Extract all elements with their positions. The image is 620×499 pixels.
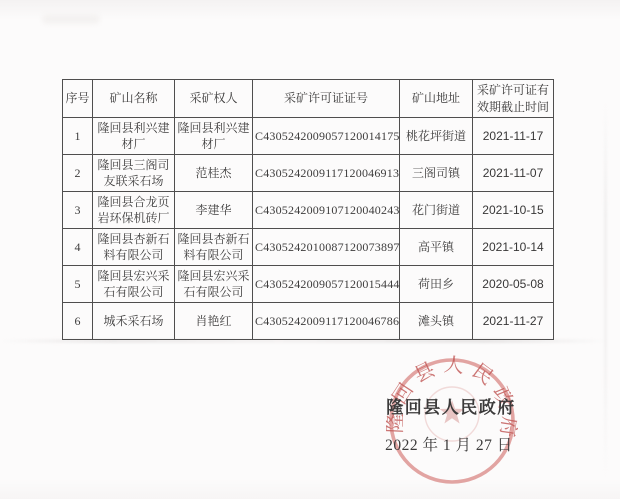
cell-mine-name: 隆回县杏新石料有限公司 (93, 229, 175, 266)
header-expiry-date: 采矿许可证有效期截止时间 (473, 80, 554, 118)
table-row: 2 隆回县三阁司友联采石场 范桂杰 C430524200911712004691… (63, 155, 554, 192)
cell-serial-no: 2 (63, 155, 93, 192)
table-row: 6 城禾采石场 肖艳红 C4305242009117120046786 滩头镇 … (63, 303, 554, 340)
cell-mine-address: 高平镇 (400, 229, 473, 266)
table-row: 5 隆回县宏兴采石有限公司 隆回县宏兴采石有限公司 C4305242009057… (63, 266, 554, 303)
table-header-row: 序号 矿山名称 采矿权人 采矿许可证证号 矿山地址 采矿许可证有效期截止时间 (63, 80, 554, 118)
issuer-name: 隆回县人民政府 (381, 393, 521, 418)
table-row: 4 隆回县杏新石料有限公司 隆回县杏新石料有限公司 C4305242010087… (63, 229, 554, 266)
cell-rights-holder: 隆回县杏新石料有限公司 (175, 229, 253, 266)
header-mine-address: 矿山地址 (400, 80, 473, 118)
cell-license-no: C4305242009117120046786 (253, 303, 400, 340)
cell-license-no: C4305242009057120014175 (253, 118, 400, 155)
cell-mine-name: 隆回县三阁司友联采石场 (93, 155, 175, 192)
scan-smudge (42, 14, 100, 24)
scanned-document-page: 序号 矿山名称 采矿权人 采矿许可证证号 矿山地址 采矿许可证有效期截止时间 1… (0, 0, 620, 499)
cell-expiry-date: 2021-10-14 (473, 229, 554, 266)
cell-rights-holder: 李建华 (175, 192, 253, 229)
cell-mine-address: 花门街道 (400, 192, 473, 229)
cell-rights-holder: 肖艳红 (175, 303, 253, 340)
cell-rights-holder: 隆回县宏兴采石有限公司 (175, 266, 253, 303)
cell-mine-address: 荷田乡 (400, 266, 473, 303)
table-row: 1 隆回县利兴建材厂 隆回县利兴建材厂 C4305242009057120014… (63, 118, 554, 155)
header-serial-no: 序号 (63, 80, 93, 118)
header-mine-name: 矿山名称 (93, 80, 175, 118)
cell-license-no: C4305242010087120073897 (253, 229, 400, 266)
cell-license-no: C4305242009107120040243 (253, 192, 400, 229)
mining-license-table: 序号 矿山名称 采矿权人 采矿许可证证号 矿山地址 采矿许可证有效期截止时间 1… (62, 79, 554, 340)
header-license-no: 采矿许可证证号 (253, 80, 400, 118)
cell-mine-name: 隆回县合龙页岩环保机砖厂 (93, 192, 175, 229)
cell-serial-no: 3 (63, 192, 93, 229)
cell-expiry-date: 2021-11-17 (473, 118, 554, 155)
header-rights-holder: 采矿权人 (175, 80, 253, 118)
cell-serial-no: 5 (63, 266, 93, 303)
government-seal-stamp: 隆回县人民政府 (386, 355, 518, 487)
cell-serial-no: 6 (63, 303, 93, 340)
cell-serial-no: 1 (63, 118, 93, 155)
cell-mine-address: 桃花坪街道 (400, 118, 473, 155)
cell-expiry-date: 2021-11-27 (473, 303, 554, 340)
issue-date: 2022 年 1 月 27 日 (371, 433, 527, 455)
cell-expiry-date: 2020-05-08 (473, 266, 554, 303)
cell-mine-address: 滩头镇 (400, 303, 473, 340)
cell-license-no: C4305242009117120046913 (253, 155, 400, 192)
cell-mine-name: 城禾采石场 (93, 303, 175, 340)
cell-rights-holder: 范桂杰 (175, 155, 253, 192)
cell-mine-name: 隆回县宏兴采石有限公司 (93, 266, 175, 303)
cell-expiry-date: 2021-10-15 (473, 192, 554, 229)
cell-expiry-date: 2021-11-07 (473, 155, 554, 192)
scan-artifact-edge (604, 100, 607, 480)
table-row: 3 隆回县合龙页岩环保机砖厂 李建华 C43052420091071200402… (63, 192, 554, 229)
cell-serial-no: 4 (63, 229, 93, 266)
cell-rights-holder: 隆回县利兴建材厂 (175, 118, 253, 155)
cell-mine-name: 隆回县利兴建材厂 (93, 118, 175, 155)
cell-license-no: C4305242009057120015444 (253, 266, 400, 303)
cell-mine-address: 三阁司镇 (400, 155, 473, 192)
